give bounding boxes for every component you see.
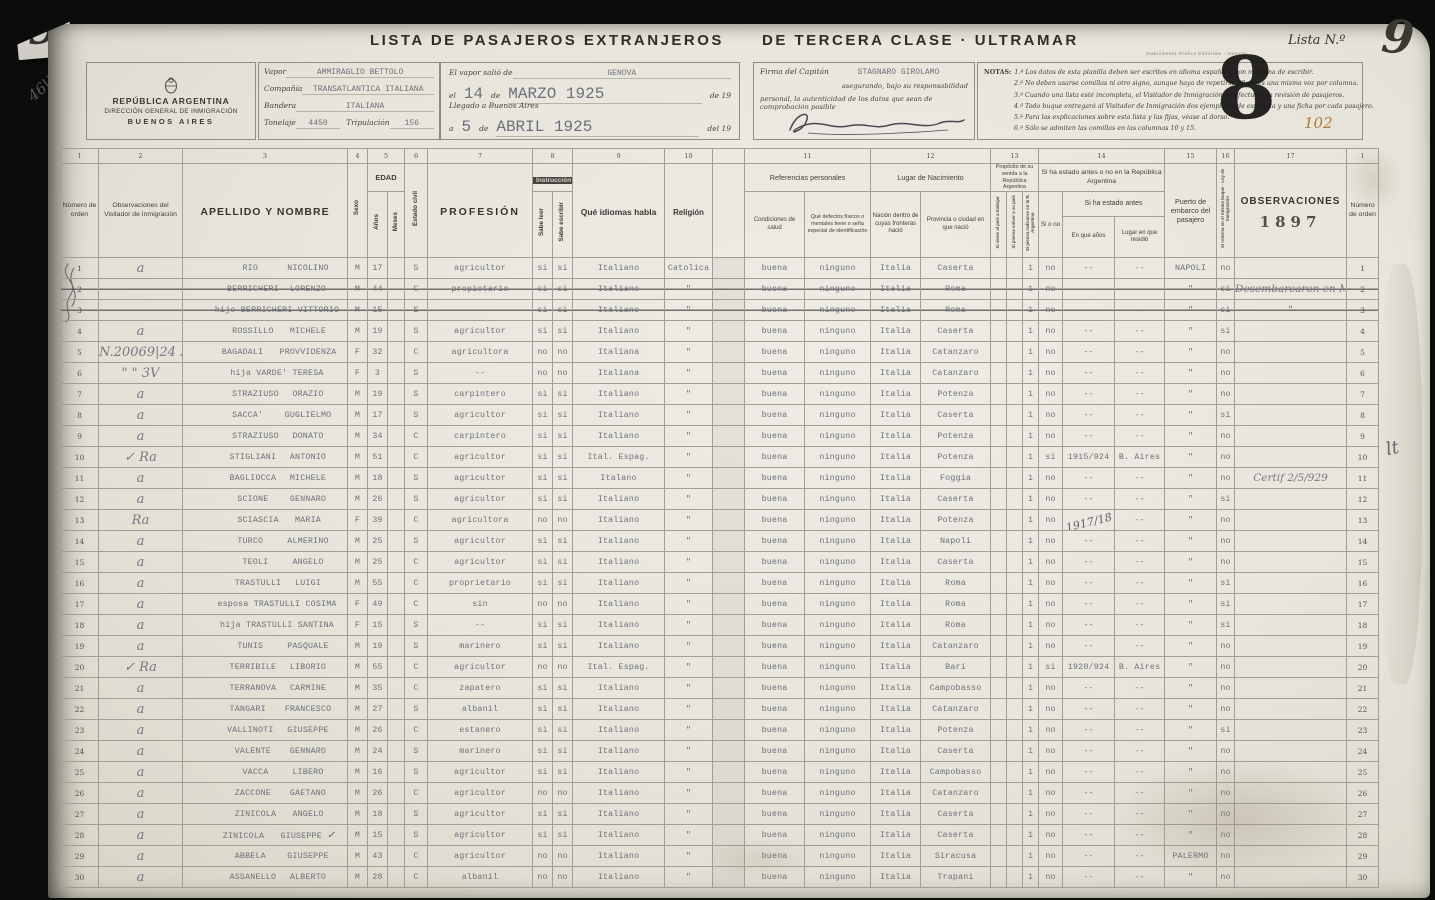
cell-profesion: agricultor xyxy=(428,468,533,489)
cell-nacion: Italia xyxy=(871,426,921,447)
cell-provincia: Trapani xyxy=(921,867,991,888)
cell-prop2 xyxy=(1007,762,1023,783)
cell-salud: buena xyxy=(745,762,805,783)
cell-provincia: Catanzaro xyxy=(921,636,991,657)
cell-n2: 16 xyxy=(1347,573,1379,594)
cell-prop2 xyxy=(1007,552,1023,573)
cell-estado: C xyxy=(405,594,428,615)
cell-puerto: " xyxy=(1165,699,1217,720)
cell-sex: M xyxy=(348,279,368,300)
cell-en-que-anos: -- xyxy=(1063,300,1115,321)
cell-lugar: -- xyxy=(1115,825,1165,846)
cell-sex: F xyxy=(348,342,368,363)
cell-nacion: Italia xyxy=(871,657,921,678)
cell-observaciones xyxy=(1235,384,1347,405)
cell-observaciones xyxy=(1235,636,1347,657)
cell-defectos: ninguno xyxy=(805,531,871,552)
cell-observaciones xyxy=(1235,426,1347,447)
cell-prop3: 1 xyxy=(1023,804,1039,825)
cell-defectos: ninguno xyxy=(805,825,871,846)
captain-name: STAGNARO GIROLAMO xyxy=(829,68,968,77)
cell-escribe: si xyxy=(553,300,573,321)
colnum-14: 14 xyxy=(1039,149,1165,164)
cell-profesion: agricultor xyxy=(428,489,533,510)
cell-n2: 6 xyxy=(1347,363,1379,384)
bandera-label: Bandera xyxy=(264,101,296,110)
cell-estado: C xyxy=(405,720,428,741)
cell-religion: " xyxy=(665,846,713,867)
cell-sex: M xyxy=(348,636,368,657)
cell-gap xyxy=(713,531,745,552)
cell-name: TERRANOVACARMINE xyxy=(183,678,348,699)
passenger-row-7: 7aSTRAZIUSOORAZIOM19ScarpinterosisiItali… xyxy=(61,384,1379,405)
cell-escribe: si xyxy=(553,426,573,447)
cell-nacion: Italia xyxy=(871,867,921,888)
cell-observaciones xyxy=(1235,741,1347,762)
cell-gap xyxy=(713,447,745,468)
cell-nacion: Italia xyxy=(871,321,921,342)
cell-name: SACCA'GUGLIELMO xyxy=(183,405,348,426)
cell-sex: M xyxy=(348,657,368,678)
cell-profesion: propietario xyxy=(428,279,533,300)
cell-profesion: agricultor xyxy=(428,783,533,804)
cell-lee: si xyxy=(533,741,553,762)
cell-meses xyxy=(388,405,405,426)
cell-provincia: Caserta xyxy=(921,405,991,426)
cell-meses xyxy=(388,741,405,762)
cell-lee: si xyxy=(533,300,553,321)
cell-lugar: -- xyxy=(1115,321,1165,342)
cell-gap xyxy=(713,510,745,531)
cell-retorno: no xyxy=(1217,510,1235,531)
cell-meses xyxy=(388,594,405,615)
cell-en-que-anos: 1915/924 xyxy=(1063,447,1115,468)
cell-idiomas: Ital. Espag. xyxy=(573,657,665,678)
cell-idiomas: Italiano xyxy=(573,300,665,321)
cell-observaciones xyxy=(1235,804,1347,825)
cell-retorno: no xyxy=(1217,657,1235,678)
passenger-row-29: 29aABBELAGIUSEPPEM43CagricultornonoItali… xyxy=(61,846,1379,867)
cell-puerto: " xyxy=(1165,447,1217,468)
cell-anos: 43 xyxy=(368,846,388,867)
cell-name: STRAZIUSODONATO xyxy=(183,426,348,447)
cell-lugar: -- xyxy=(1115,762,1165,783)
cell-name: ROSSILLOMICHELE xyxy=(183,321,348,342)
cell-salud: buena xyxy=(745,657,805,678)
cell-salud: buena xyxy=(745,636,805,657)
cell-sex: M xyxy=(348,699,368,720)
cell-lee: si xyxy=(533,678,553,699)
cell-nacion: Italia xyxy=(871,384,921,405)
cell-observaciones xyxy=(1235,552,1347,573)
cell-religion: " xyxy=(665,825,713,846)
cell-n: 14 xyxy=(61,531,99,552)
cell-vo: a xyxy=(99,867,183,888)
cell-gap xyxy=(713,678,745,699)
cell-provincia: Catanzaro xyxy=(921,699,991,720)
cell-provincia: Catanzaro xyxy=(921,342,991,363)
cell-prop3: 1 xyxy=(1023,846,1039,867)
cell-estado: S xyxy=(405,762,428,783)
passenger-row-28: 28aZINICOLAGIUSEPPE✓M15SagricultorsisiIt… xyxy=(61,825,1379,846)
cell-en-que-anos: -- xyxy=(1063,573,1115,594)
cell-idiomas: Italiano xyxy=(573,846,665,867)
cell-anos: 51 xyxy=(368,447,388,468)
column-numbers-row: 1 2 3 4 5 6 7 8 9 10 11 12 13 14 15 16 xyxy=(61,149,1379,164)
cell-anos: 26 xyxy=(368,783,388,804)
cell-profesion: zapatero xyxy=(428,678,533,699)
cell-si-no: no xyxy=(1039,594,1063,615)
cell-lugar: -- xyxy=(1115,741,1165,762)
cell-en-que-anos: -- xyxy=(1063,678,1115,699)
cell-provincia: Potenza xyxy=(921,447,991,468)
cell-n2: 19 xyxy=(1347,636,1379,657)
cell-prop2 xyxy=(1007,321,1023,342)
cell-en-que-anos: -- xyxy=(1063,615,1115,636)
cell-religion: " xyxy=(665,384,713,405)
cell-en-que-anos: -- xyxy=(1063,426,1115,447)
cell-escribe: si xyxy=(553,573,573,594)
cell-n2: 21 xyxy=(1347,678,1379,699)
cell-sex: M xyxy=(348,258,368,279)
cell-lee: no xyxy=(533,846,553,867)
cell-n2: 5 xyxy=(1347,342,1379,363)
cell-vo: a xyxy=(99,552,183,573)
cell-meses xyxy=(388,258,405,279)
stain xyxy=(1378,264,1422,684)
cell-profesion: agricultor xyxy=(428,657,533,678)
cell-observaciones xyxy=(1235,363,1347,384)
cell-puerto: " xyxy=(1165,657,1217,678)
cell-lugar: -- xyxy=(1115,363,1165,384)
cell-defectos: ninguno xyxy=(805,384,871,405)
cell-gap xyxy=(713,699,745,720)
cell-si-no: no xyxy=(1039,300,1063,321)
cell-retorno: no xyxy=(1217,468,1235,489)
cell-meses xyxy=(388,762,405,783)
header-instruccion: Instrucción xyxy=(533,164,573,192)
cell-salud: buena xyxy=(745,489,805,510)
cell-anos: 27 xyxy=(368,699,388,720)
nota-3: 3.ª Cuando una lista esté incompleta, el… xyxy=(984,90,1356,101)
cell-provincia: Caserta xyxy=(921,258,991,279)
cell-prop3: 1 xyxy=(1023,300,1039,321)
cell-anos: 35 xyxy=(368,678,388,699)
cell-provincia: Siracusa xyxy=(921,846,991,867)
cell-escribe: no xyxy=(553,846,573,867)
cell-nacion: Italia xyxy=(871,678,921,699)
cell-prop2 xyxy=(1007,657,1023,678)
cell-provincia: Caserta xyxy=(921,741,991,762)
vapor-label: Vapor xyxy=(264,67,286,76)
cell-escribe: no xyxy=(553,867,573,888)
cell-en-que-anos: -- xyxy=(1063,258,1115,279)
cell-gap xyxy=(713,783,745,804)
cell-salud: buena xyxy=(745,384,805,405)
cell-gap xyxy=(713,405,745,426)
argentina-crest-icon xyxy=(163,76,179,94)
cell-escribe: no xyxy=(553,783,573,804)
colnum-18: 1 xyxy=(1347,149,1379,164)
cell-provincia: Bari xyxy=(921,657,991,678)
cell-idiomas: Italiano xyxy=(573,741,665,762)
cell-si-no: no xyxy=(1039,699,1063,720)
cell-escribe: si xyxy=(553,825,573,846)
cell-anos: 19 xyxy=(368,384,388,405)
cell-name: ZINICOLAGIUSEPPE✓ xyxy=(183,825,348,846)
compania-value: TRANSATLANTICA ITALIANA xyxy=(302,85,434,95)
cell-observaciones: Desembarcaron en Montevideo xyxy=(1235,279,1347,300)
cell-lee: si xyxy=(533,762,553,783)
cell-prop1 xyxy=(991,720,1007,741)
cell-prop1 xyxy=(991,657,1007,678)
cell-puerto: " xyxy=(1165,426,1217,447)
cell-salud: buena xyxy=(745,594,805,615)
cell-prop1 xyxy=(991,594,1007,615)
cell-n: 23 xyxy=(61,720,99,741)
captain-line2: personal, la autenticidad de los datos q… xyxy=(760,95,968,108)
cell-lugar: -- xyxy=(1115,405,1165,426)
cell-meses xyxy=(388,615,405,636)
cell-si-no: no xyxy=(1039,258,1063,279)
cell-retorno: no xyxy=(1217,825,1235,846)
cell-prop2 xyxy=(1007,615,1023,636)
cell-prop2 xyxy=(1007,531,1023,552)
cell-escribe: si xyxy=(553,720,573,741)
stamp-1897: 1897 xyxy=(1235,213,1346,231)
cell-n2: 4 xyxy=(1347,321,1379,342)
cell-estado: S xyxy=(405,321,428,342)
cell-estado: S xyxy=(405,636,428,657)
ship-details-box: VaporAMMIRAGLIO BETTOLO CompañíaTRANSATL… xyxy=(258,62,440,140)
cell-nacion: Italia xyxy=(871,699,921,720)
cell-prop3: 1 xyxy=(1023,573,1039,594)
cell-anos: 39 xyxy=(368,510,388,531)
cell-prop3: 1 xyxy=(1023,594,1039,615)
cell-observaciones xyxy=(1235,405,1347,426)
cell-salud: buena xyxy=(745,699,805,720)
cell-gap xyxy=(713,468,745,489)
cell-defectos: ninguno xyxy=(805,489,871,510)
colnum-12: 12 xyxy=(871,149,991,164)
cell-anos: 18 xyxy=(368,804,388,825)
cell-en-que-anos: -- xyxy=(1063,699,1115,720)
cell-lugar: -- xyxy=(1115,636,1165,657)
colnum-16: 16 xyxy=(1217,149,1235,164)
cell-escribe: si xyxy=(553,447,573,468)
passenger-row-27: 27aZINICOLAANGELOM18SagricultorsisiItali… xyxy=(61,804,1379,825)
cell-salud: buena xyxy=(745,573,805,594)
cell-lugar: -- xyxy=(1115,804,1165,825)
cell-provincia: Potenza xyxy=(921,384,991,405)
cell-defectos: ninguno xyxy=(805,615,871,636)
cell-meses xyxy=(388,783,405,804)
cell-profesion: agricultor xyxy=(428,321,533,342)
cell-provincia: Roma xyxy=(921,300,991,321)
passenger-table-body: 1aRIONICOLINOM17SagricultorsisiItalianoC… xyxy=(61,258,1379,888)
cell-vo: a xyxy=(99,426,183,447)
cell-profesion: agricultor xyxy=(428,258,533,279)
cell-observaciones xyxy=(1235,783,1347,804)
cell-salud: buena xyxy=(745,258,805,279)
agency-country: REPÚBLICA ARGENTINA xyxy=(112,96,229,106)
cell-idiomas: Italiano xyxy=(573,258,665,279)
cell-name: esposa TRASTULLI COSIMA xyxy=(183,594,348,615)
cell-idiomas: Italiano xyxy=(573,678,665,699)
cell-meses xyxy=(388,573,405,594)
header-retorno: Si retorna en el mismo buque · Ley de In… xyxy=(1217,164,1235,258)
cell-religion: " xyxy=(665,741,713,762)
cell-prop1 xyxy=(991,678,1007,699)
cell-observaciones xyxy=(1235,762,1347,783)
cell-gap xyxy=(713,258,745,279)
cell-lee: si xyxy=(533,321,553,342)
cell-sex: M xyxy=(348,678,368,699)
cell-observaciones xyxy=(1235,573,1347,594)
cell-lugar: -- xyxy=(1115,573,1165,594)
cell-n: 20 xyxy=(61,657,99,678)
cell-prop1 xyxy=(991,405,1007,426)
cell-anos: 32 xyxy=(368,342,388,363)
cell-si-no: no xyxy=(1039,405,1063,426)
cell-n: 26 xyxy=(61,783,99,804)
de19-label: de 19 xyxy=(710,91,731,100)
cell-escribe: si xyxy=(553,321,573,342)
cell-prop2 xyxy=(1007,594,1023,615)
cell-prop3: 1 xyxy=(1023,342,1039,363)
cell-religion: " xyxy=(665,468,713,489)
cell-n2: 1 xyxy=(1347,258,1379,279)
cell-prop3: 1 xyxy=(1023,636,1039,657)
cell-defectos: ninguno xyxy=(805,846,871,867)
cell-gap xyxy=(713,762,745,783)
cell-lee: si xyxy=(533,615,553,636)
cell-puerto: " xyxy=(1165,573,1217,594)
cell-nacion: Italia xyxy=(871,489,921,510)
cell-defectos: ninguno xyxy=(805,867,871,888)
cell-idiomas: Italiano xyxy=(573,321,665,342)
colnum-11: 11 xyxy=(745,149,871,164)
cell-prop3: 1 xyxy=(1023,867,1039,888)
cell-sex: M xyxy=(348,552,368,573)
cell-lugar: -- xyxy=(1115,426,1165,447)
cell-provincia: Caserta xyxy=(921,321,991,342)
cell-prop1 xyxy=(991,384,1007,405)
cell-sex: M xyxy=(348,720,368,741)
cell-sex: F xyxy=(348,615,368,636)
cell-religion: " xyxy=(665,783,713,804)
cell-lugar: -- xyxy=(1115,279,1165,300)
cell-profesion: agricultor xyxy=(428,804,533,825)
cell-escribe: si xyxy=(553,552,573,573)
cell-en-que-anos: -- xyxy=(1063,384,1115,405)
cell-prop2 xyxy=(1007,468,1023,489)
cell-si-no: no xyxy=(1039,510,1063,531)
cell-en-que-anos: -- xyxy=(1063,867,1115,888)
passenger-row-17: 17aesposa TRASTULLI COSIMAF49CsinnonoIta… xyxy=(61,594,1379,615)
cell-gap xyxy=(713,342,745,363)
cell-religion: " xyxy=(665,636,713,657)
cell-lee: si xyxy=(533,636,553,657)
cell-vo: " " 3V xyxy=(99,363,183,384)
pencil-number-102: 102 xyxy=(1304,114,1333,132)
cell-gap xyxy=(713,489,745,510)
cell-anos: 16 xyxy=(368,762,388,783)
cell-prop2 xyxy=(1007,636,1023,657)
cell-prop2 xyxy=(1007,825,1023,846)
cell-retorno: si xyxy=(1217,594,1235,615)
header-religion: Religión xyxy=(665,164,713,258)
cell-meses xyxy=(388,531,405,552)
cell-lee: si xyxy=(533,720,553,741)
cell-lee: si xyxy=(533,489,553,510)
cell-escribe: no xyxy=(553,594,573,615)
cell-prop1 xyxy=(991,531,1007,552)
cell-escribe: si xyxy=(553,531,573,552)
cell-estado: C xyxy=(405,846,428,867)
cell-profesion: agricultor xyxy=(428,762,533,783)
cell-religion: " xyxy=(665,363,713,384)
cell-nacion: Italia xyxy=(871,531,921,552)
cell-si-no: no xyxy=(1039,342,1063,363)
cell-defectos: ninguno xyxy=(805,783,871,804)
cell-anos: 25 xyxy=(368,552,388,573)
cell-anos: 15 xyxy=(368,615,388,636)
cell-defectos: ninguno xyxy=(805,468,871,489)
cell-sex: M xyxy=(348,867,368,888)
header-salud: Condiciones de salud xyxy=(745,192,805,258)
cell-salud: buena xyxy=(745,321,805,342)
header-observaciones: OBSERVACIONES 1897 xyxy=(1235,164,1347,258)
nota-2: 2.ª No deben usarse comillas ni otro sig… xyxy=(984,78,1356,89)
cell-provincia: Napoli xyxy=(921,531,991,552)
cell-prop2 xyxy=(1007,804,1023,825)
cell-profesion: agricultor xyxy=(428,447,533,468)
cell-salud: buena xyxy=(745,363,805,384)
header-profesion: PROFESIÓN xyxy=(428,164,533,258)
cell-name: hija VARDE' TERESA xyxy=(183,363,348,384)
cell-religion: " xyxy=(665,531,713,552)
cell-salud: buena xyxy=(745,531,805,552)
cell-n2: 28 xyxy=(1347,825,1379,846)
cell-prop2 xyxy=(1007,342,1023,363)
captain-signature-box: Firma del Capitán STAGNARO GIROLAMO aseg… xyxy=(753,62,975,140)
cell-si-no: no xyxy=(1039,741,1063,762)
cell-si-no: no xyxy=(1039,552,1063,573)
cell-idiomas: Italiano xyxy=(573,699,665,720)
cell-salud: buena xyxy=(745,342,805,363)
page-title-left: LISTA DE PASAJEROS EXTRANJEROS xyxy=(370,32,724,49)
cell-provincia: Catanzaro xyxy=(921,363,991,384)
cell-en-que-anos: -- xyxy=(1063,594,1115,615)
header-idiomas: Qué idiomas habla xyxy=(573,164,665,258)
cell-puerto: " xyxy=(1165,342,1217,363)
cell-observaciones xyxy=(1235,825,1347,846)
cell-n2: 18 xyxy=(1347,615,1379,636)
cell-prop3: 1 xyxy=(1023,741,1039,762)
cell-profesion: agricultora xyxy=(428,510,533,531)
cell-n2: 3 xyxy=(1347,300,1379,321)
tripulacion-value: 156 xyxy=(390,119,434,129)
cell-estado: S xyxy=(405,258,428,279)
de2-label: de xyxy=(479,124,488,133)
passenger-list-page: LISTA DE PASAJEROS EXTRANJEROS DE TERCER… xyxy=(48,24,1430,898)
cell-provincia: Campobasso xyxy=(921,678,991,699)
cell-meses xyxy=(388,720,405,741)
cell-defectos: ninguno xyxy=(805,321,871,342)
cell-name: BERRICHERILORENZO xyxy=(183,279,348,300)
cell-puerto: " xyxy=(1165,741,1217,762)
